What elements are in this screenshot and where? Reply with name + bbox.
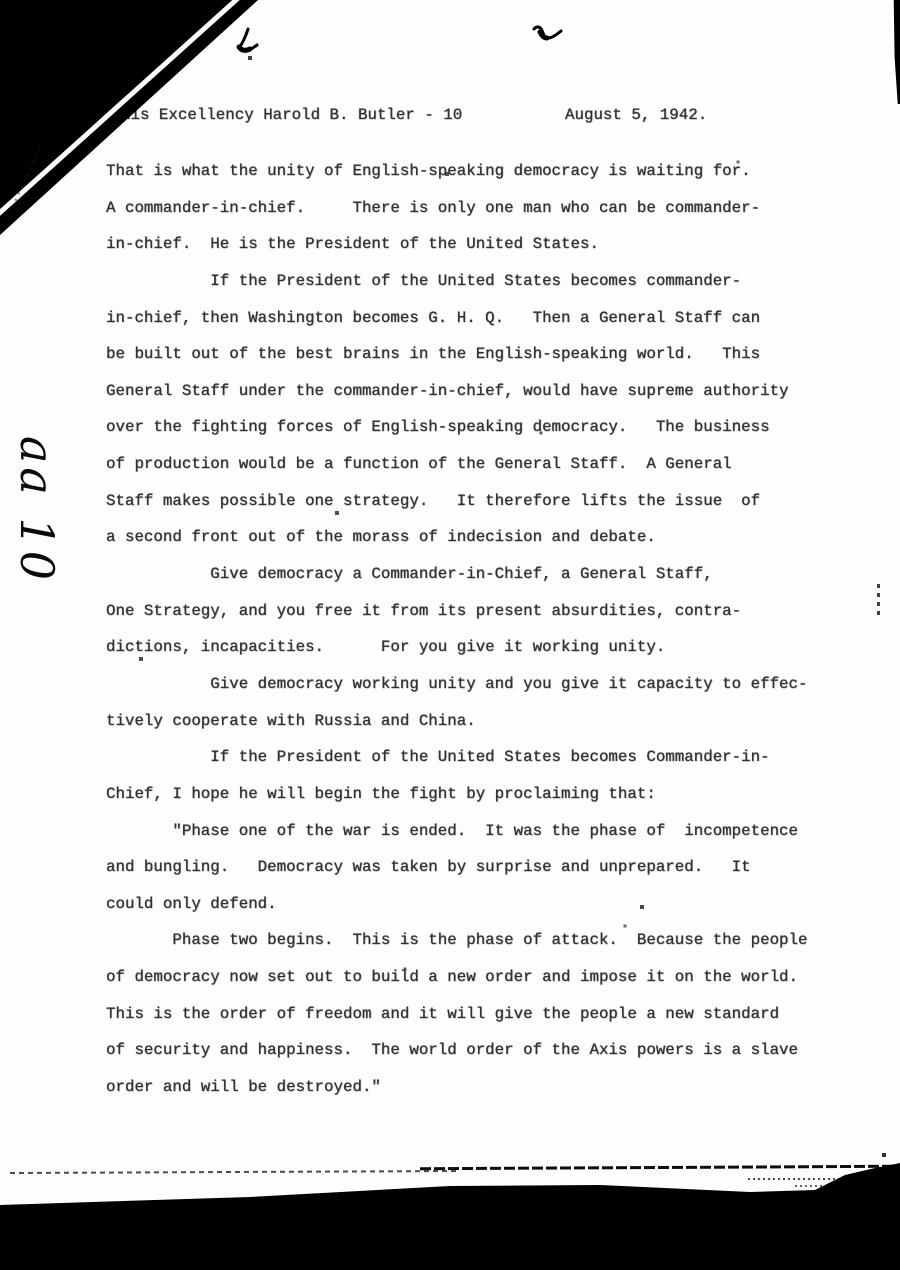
- scan-specks: [0, 0, 2, 2]
- letter-body: That is what the unity of English-speaki…: [106, 161, 886, 1114]
- letter-line: dictions, incapacities. For you give it …: [106, 637, 886, 674]
- pen-tick-mark-icon: [531, 22, 565, 50]
- letter-line: of security and happiness. The world ord…: [106, 1040, 886, 1077]
- scanned-letter-page: His Excellency Harold B. Butler - 10 Aug…: [0, 0, 900, 1270]
- letter-line: General Staff under the commander-in-chi…: [106, 381, 886, 418]
- letter-line: Phase two begins. This is the phase of a…: [106, 930, 886, 967]
- letter-line: A commander-in-chief. There is only one …: [106, 198, 886, 235]
- letter-line: of production would be a function of the…: [106, 454, 886, 491]
- letter-line: "Phase one of the war is ended. It was t…: [106, 821, 886, 858]
- margin-annotation: aa 10: [8, 428, 64, 592]
- letter-line: could only defend.: [106, 894, 886, 931]
- letter-line: in-chief, then Washington becomes G. H. …: [106, 308, 886, 345]
- letter-line: Staff makes possible one strategy. It th…: [106, 491, 886, 528]
- letter-line: be built out of the best brains in the E…: [106, 344, 886, 381]
- letter-line: in-chief. He is the President of the Uni…: [106, 234, 886, 271]
- letter-line: and bungling. Democracy was taken by sur…: [106, 857, 886, 894]
- letter-line: If the President of the United States be…: [106, 271, 886, 308]
- header-date: August 5, 1942.: [565, 106, 707, 124]
- letter-line: order and will be destroyed.": [106, 1077, 886, 1114]
- letter-line: If the President of the United States be…: [106, 747, 886, 784]
- letter-line: of democracy now set out to build a new …: [106, 967, 886, 1004]
- scan-noise-dots: [748, 1178, 844, 1180]
- pen-check-mark-icon: [234, 27, 264, 61]
- letter-line: Give democracy a Commander-in-Chief, a G…: [106, 564, 886, 601]
- letter-line: over the fighting forces of English-spea…: [106, 417, 886, 454]
- letter-line: Chief, I hope he will begin the fight by…: [106, 784, 886, 821]
- letter-line: Give democracy working unity and you giv…: [106, 674, 886, 711]
- right-margin-dashes: [877, 584, 880, 620]
- letter-line: tively cooperate with Russia and China.: [106, 711, 886, 748]
- letter-line: That is what the unity of English-speaki…: [106, 161, 886, 198]
- letter-line: a second front out of the morass of inde…: [106, 527, 886, 564]
- letter-line: This is the order of freedom and it will…: [106, 1004, 886, 1041]
- right-edge-streak: [891, 0, 900, 104]
- scan-noise-line: [420, 1165, 893, 1170]
- header-addressee: His Excellency Harold B. Butler - 10: [121, 106, 462, 124]
- letter-line: One Strategy, and you free it from its p…: [106, 601, 886, 638]
- scan-noise-line: [10, 1170, 460, 1174]
- bottom-scan-band: [0, 1160, 900, 1270]
